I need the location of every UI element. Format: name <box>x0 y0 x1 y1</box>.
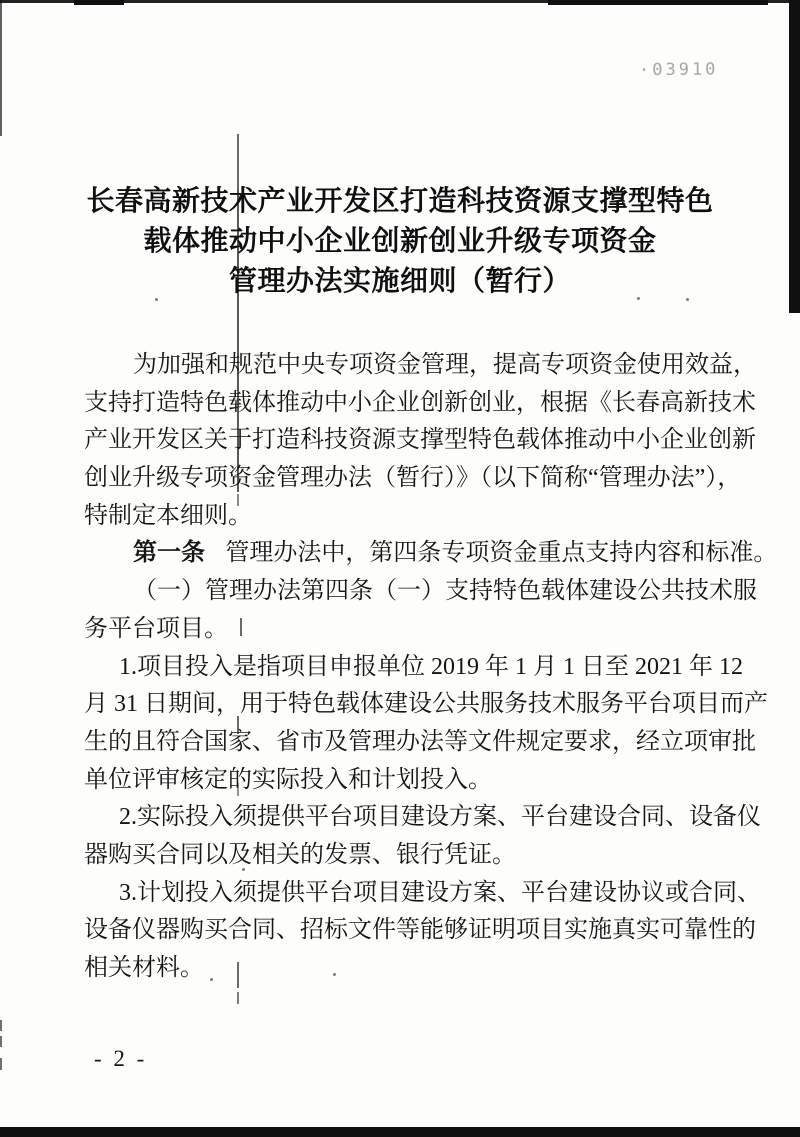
body-line: 设备仪器购买合同、招标文件等能够证明项目实施真实可靠性的 <box>84 912 744 950</box>
body-line: 3.计划投入须提供平台项目建设方案、平台建设协议或合同、 <box>84 875 744 913</box>
body-line: 相关材料。 <box>84 950 744 988</box>
scan-edge-left-dash <box>0 1058 2 1070</box>
scan-edge-top-blob <box>74 0 124 5</box>
stamp-number: ·03910 <box>639 60 719 81</box>
body-text: 为加强和规范中央专项资金管理，提高专项资金使用效益， 支持打造特色载体推动中小企… <box>84 347 744 988</box>
title-line-3: 管理办法实施细则（暂行） <box>40 262 760 302</box>
scan-artifact-line <box>237 992 239 1004</box>
body-line: 器购买合同以及相关的发票、银行凭证。 <box>84 837 744 875</box>
page-number: - 2 - <box>94 1046 147 1072</box>
body-line: 产业开发区关于打造科技资源支撑型特色载体推动中小企业创新 <box>84 422 744 460</box>
scanned-document-page: ·03910 长春高新技术产业开发区打造科技资源支撑型特色 载体推动中小企业创新… <box>0 0 800 1137</box>
body-line: 生的且符合国家、省市及管理办法等文件规定要求，经立项审批 <box>84 724 744 762</box>
article-text: 管理办法中，第四条专项资金重点支持内容和标准。 <box>225 540 777 566</box>
body-line: 为加强和规范中央专项资金管理，提高专项资金使用效益， <box>84 347 744 385</box>
body-line: 2.实际投入须提供平台项目建设方案、平台建设合同、设备仪 <box>84 799 744 837</box>
scan-edge-right <box>789 0 800 313</box>
body-line: 支持打造特色载体推动中小企业创新创业，根据《长春高新技术 <box>84 385 744 423</box>
body-line: 月 31 日期间，用于特色载体建设公共服务技术服务平台项目而产 <box>84 686 744 724</box>
title-line-1: 长春高新技术产业开发区打造科技资源支撑型特色 <box>40 182 760 222</box>
scan-edge-bottom <box>0 1127 800 1137</box>
body-line: （一）管理办法第四条（一）支持特色载体建设公共技术服 <box>84 573 744 611</box>
title-line-2: 载体推动中小企业创新创业升级专项资金 <box>40 222 760 262</box>
scan-edge-left-dash <box>0 1020 2 1031</box>
scan-edge-top-right <box>548 0 768 5</box>
scan-edge-left <box>0 0 2 136</box>
article-number: 第一条 <box>133 540 205 566</box>
body-line: 务平台项目。 <box>84 611 744 649</box>
body-line-article-1: 第一条管理办法中，第四条专项资金重点支持内容和标准。 <box>84 535 744 573</box>
body-line: 1.项目投入是指项目申报单位 2019 年 1 月 1 日至 2021 年 12 <box>84 649 744 687</box>
body-line: 创业升级专项资金管理办法（暂行）》（以下简称“管理办法”）， <box>84 460 744 498</box>
scan-edge-left-dash <box>0 1036 2 1047</box>
document-title: 长春高新技术产业开发区打造科技资源支撑型特色 载体推动中小企业创新创业升级专项资… <box>40 182 760 302</box>
body-line: 特制定本细则。 <box>84 498 744 536</box>
body-line: 单位评审核定的实际投入和计划投入。 <box>84 762 744 800</box>
